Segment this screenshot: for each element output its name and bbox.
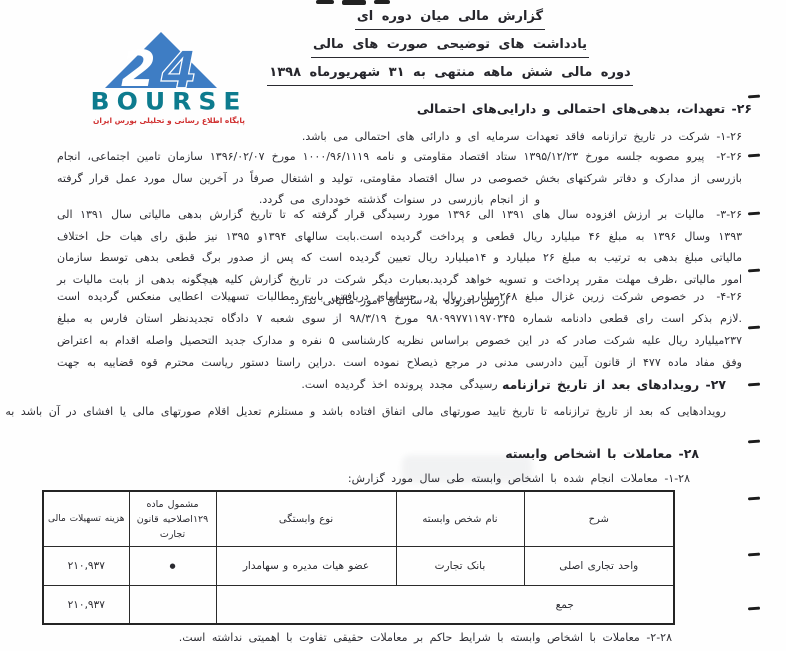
related-parties-table: شرح نام شخص وابسته نوع وابستگی مشمول ماد… [42,490,675,625]
bourse24-logo: 2 4 BOURSE پایگاه اطلاع رسانی و تحلیلی ب… [84,30,254,125]
note-28-1: ۱-۲۸- معاملات انجام شده با اشخاص وابسته … [348,468,690,490]
note-26-3-number: ۳-۲۶- [716,208,742,221]
table-total-row: جمع ۲۱۰,۹۳۷ [43,586,674,625]
report-header: گزارش مالی میان دوره ای یادداشت های توضی… [240,5,660,89]
report-title-line3: دوره مالی شش ماهه منتهی به ۳۱ شهریورماه … [267,63,632,86]
logo-brand-text: BOURSE [84,91,254,114]
report-title-line2: یادداشت های توضیحی صورت های مالی [311,35,589,58]
note-26-1: ۱-۲۶- شرکت در تاریخ ترازنامه فاقد تعهدات… [302,126,742,148]
binding-mark [748,269,760,273]
cell-relation-type: عضو هیات مدیره و سهامدار [216,547,396,586]
note-28-2: ۲-۲۸- معاملات با اشخاص وابسته با شرایط ح… [179,627,672,649]
col-header-finance-cost: هزینه تسهیلات مالی [43,491,129,547]
report-title-line1: گزارش مالی میان دوره ای [355,7,545,30]
binding-mark [748,154,760,158]
cell-related-person: بانک تجارت [396,547,524,586]
binding-mark [748,440,760,444]
note-27-body: رویدادهایی که بعد از تاریخ ترازنامه تا ت… [0,401,726,423]
logo-triangle-24-icon: 2 4 [103,30,235,92]
note-26-2: ۲-۲۶-پیرو مصوبه جلسه مورخ ۱۳۹۵/۱۲/۲۳ ستا… [57,146,742,211]
binding-mark [748,326,760,330]
scan-smudge [316,0,334,4]
col-header-description: شرح [524,491,674,547]
section-27-title: ۲۷- رویدادهای بعد از تاریخ ترازنامه [502,377,726,392]
binding-mark [748,212,760,216]
section-26-title: ۲۶- تعهدات، بدهی‌های احتمالی و دارایی‌ها… [417,101,752,116]
svg-text:2: 2 [121,40,156,92]
cell-description: واحد تجاری اصلی [524,547,674,586]
binding-mark [748,607,760,611]
cell-finance-cost: ۲۱۰,۹۳۷ [43,547,129,586]
note-26-2-text: پیرو مصوبه جلسه مورخ ۱۳۹۵/۱۲/۲۳ ستاد اقت… [57,150,742,206]
scan-smudge [374,0,390,4]
binding-mark [748,553,760,557]
table-row: واحد تجاری اصلی بانک تجارت عضو هیات مدیر… [43,547,674,586]
cell-total-finance-cost: ۲۱۰,۹۳۷ [43,586,129,625]
cell-total-label-merged: جمع [216,586,674,625]
col-header-relation-type: نوع وابستگی [216,491,396,547]
table-header-row: شرح نام شخص وابسته نوع وابستگی مشمول ماد… [43,491,674,547]
total-label: جمع [556,599,574,611]
col-header-article-129: مشمول ماده ۱۲۹اصلاحیه قانون تجارت [129,491,216,547]
binding-mark [748,95,760,99]
logo-tagline: پایگاه اطلاع رسانی و تحلیلی بورس ایران [84,116,254,125]
note-26-2-number: ۲-۲۶- [716,150,742,163]
note-26-4-text: در خصوص شرکت زرین غزال مبلغ ۲۶۸میلیارد ر… [57,290,742,391]
svg-text:4: 4 [160,41,197,92]
cell-article-129-marker: ● [129,547,216,586]
col-header-related-person: نام شخص وابسته [396,491,524,547]
binding-mark [748,383,760,387]
note-26-4-number: ۴-۲۶- [716,290,742,303]
section-28-title: ۲۸- معاملات با اشخاص وابسته [505,446,699,461]
cell-total-article-129-empty [129,586,216,625]
binding-mark [748,497,760,501]
